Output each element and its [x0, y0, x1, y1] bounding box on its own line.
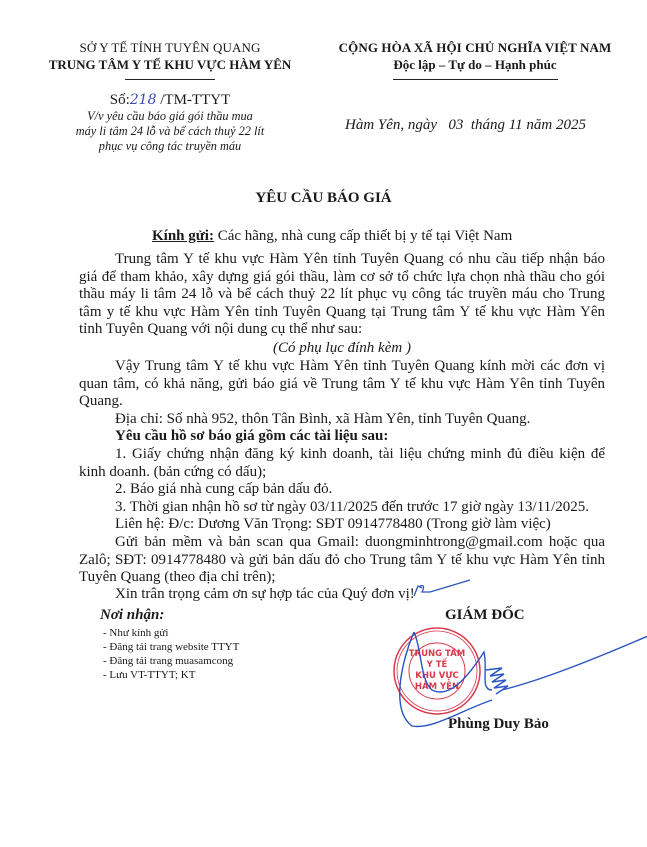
signatory-name: Phùng Duy Bảo [448, 716, 549, 733]
motto: Độc lập – Tự do – Hạnh phúc [330, 57, 620, 73]
salutation-label: Kính gửi: [152, 228, 214, 244]
recipients-list: - Như kính gửi - Đăng tải trang website … [103, 626, 239, 682]
address: Địa chỉ: Số nhà 952, thôn Tân Bình, xã H… [79, 411, 605, 429]
divider [125, 79, 215, 80]
handwritten-signature-icon [392, 630, 647, 730]
national-motto-block: CỘNG HÒA XÃ HỘI CHỦ NGHĨA VIỆT NAM Độc l… [330, 40, 620, 80]
recipients-title: Nơi nhận: [100, 607, 164, 624]
divider [393, 79, 558, 80]
requirements-heading: Yêu cầu hồ sơ báo giá gồm các tài liệu s… [79, 428, 605, 446]
recipient-item: - Đăng tải trang muasamcong [103, 654, 239, 668]
issuing-agency: TRUNG TÂM Y TẾ KHU VỰC HÀM YÊN [40, 57, 300, 73]
subject-summary: V/v yêu cầu báo giá gói thầu mua máy li … [40, 109, 300, 154]
attachment-note: (Có phụ lục đính kèm ) [79, 340, 605, 358]
salutation: Kính gửi: Các hãng, nhà cung cấp thiết b… [152, 228, 512, 245]
handwritten-number: 218 [130, 92, 157, 108]
document-date: Hàm Yên, ngày 03 tháng 11 năm 2025 [345, 117, 586, 134]
requirement-1: 1. Giấy chứng nhận đăng ký kinh doanh, t… [79, 446, 605, 481]
requirement-2: 2. Báo giá nhà cung cấp bản dấu đỏ. [79, 481, 605, 499]
document-number: Số:218 /TM-TTYT [40, 92, 300, 109]
recipient-item: - Như kính gửi [103, 626, 239, 640]
parent-agency: SỞ Y TẾ TỈNH TUYÊN QUANG [40, 40, 300, 56]
initials-mark-icon [412, 578, 472, 600]
paragraph-invitation: Vậy Trung tâm Y tế khu vực Hàm Yên tỉnh … [79, 358, 605, 411]
document-title: YÊU CẦU BÁO GIÁ [0, 190, 647, 207]
paragraph-intro: Trung tâm Y tế khu vực Hàm Yên tỉnh Tuyê… [79, 251, 605, 339]
signatory-position: GIÁM ĐỐC [445, 607, 525, 624]
contact-info: Liên hệ: Đ/c: Dương Văn Trọng: SĐT 09147… [79, 516, 605, 534]
salutation-recipient: Các hãng, nhà cung cấp thiết bị y tế tại… [214, 228, 512, 244]
country-name: CỘNG HÒA XÃ HỘI CHỦ NGHĨA VIỆT NAM [330, 40, 620, 56]
issuing-agency-block: SỞ Y TẾ TỈNH TUYÊN QUANG TRUNG TÂM Y TẾ … [40, 40, 300, 154]
requirement-3: 3. Thời gian nhận hồ sơ từ ngày 03/11/20… [79, 499, 605, 517]
recipient-item: - Lưu VT-TTYT; KT [103, 668, 239, 682]
recipient-item: - Đăng tải trang website TTYT [103, 640, 239, 654]
closing-line: Xin trân trọng cảm ơn sự hợp tác của Quý… [79, 586, 605, 604]
submission-instructions: Gửi bản mềm và bản scan qua Gmail: duong… [79, 534, 605, 587]
